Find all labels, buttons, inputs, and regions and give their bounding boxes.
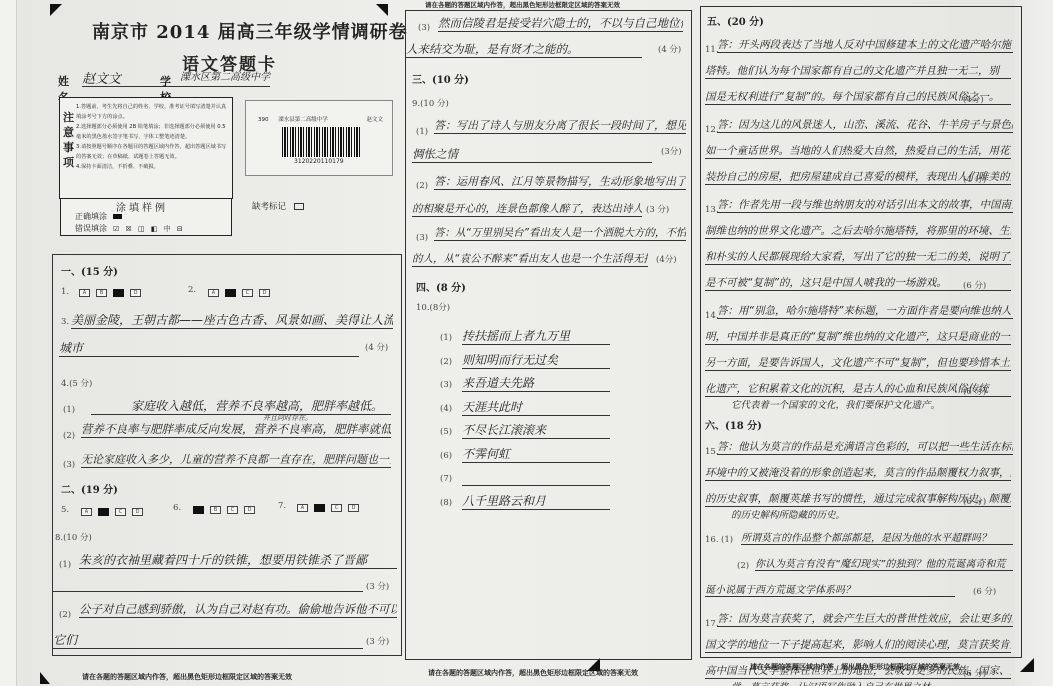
- choice-group-1: ABCD: [79, 289, 141, 297]
- footer-note: 请在各题的答题区域内作答，超出黑色矩形边框限定区域的答案无效: [82, 672, 292, 682]
- answer-line[interactable]: 不尽长江滚滚来: [462, 421, 610, 439]
- sub-question-number: (1): [721, 535, 733, 545]
- wrong-fill-row: 错误填涂☑ ☒ ◫ ◧ 中 ⊟: [75, 223, 185, 234]
- choice-group-2: ABCD: [208, 289, 270, 297]
- question-number: 3.: [61, 317, 69, 327]
- answer-line[interactable]: 惆怅之情: [412, 146, 652, 163]
- choice-bubble-d[interactable]: D: [348, 504, 359, 512]
- barcode-info: 390 溧水县第二高级中学 赵文文: [258, 115, 383, 123]
- answer-line[interactable]: 答：因为这儿的风景迷人，山峦、溪流、花谷、牛羊房子与景色融为一体宛: [717, 117, 1013, 133]
- answer-line[interactable]: 国文学的地位一下子提高起来，影响人们的阅读心理，莫言获奖肯定会提: [705, 637, 1011, 653]
- footer-note-top: 请在各题的答题区域内作答，超出黑色矩形边框限定区域的答案无效: [425, 0, 620, 9]
- sub-question-number: (2): [416, 181, 428, 191]
- score-label: (4分): [656, 253, 677, 265]
- choice-bubble-d[interactable]: D: [130, 289, 141, 297]
- score-label: (6 分): [963, 667, 986, 679]
- answer-line[interactable]: 答：用“别急，哈尔施塔特”来标题，一方面作者是要向维也纳人说: [717, 303, 1013, 319]
- footer-note: 请在各题的答题区域内作答，超出黑色矩形边框限定区域的答案无效: [750, 662, 960, 672]
- sub-question-number: (2): [737, 561, 749, 571]
- sub-question-number: (3): [63, 460, 75, 470]
- answer-line[interactable]: 的人，从“袁公不醉来”看出友人也是一个生活得无拘无束的人。: [412, 251, 648, 267]
- sub-question-number: (1): [416, 127, 428, 137]
- instruction-item: 1.答题前，考生先将自己的姓名、学校、准考证号填写清楚并认真填涂考号下方的涂点。: [76, 102, 228, 122]
- question-number: 8.(10 分): [55, 531, 92, 543]
- answer-line[interactable]: 所谓莫言的作品整个都部都是，是因为他的水平超群吗？: [741, 529, 1013, 545]
- answer-line[interactable]: 和朴实的人民都展现给大家看，写出了它的独一无二的美，说明了文化遗产: [705, 249, 1011, 265]
- section-heading: 三、(10 分): [412, 71, 469, 86]
- fill-sample-title: 涂填样例: [116, 199, 168, 214]
- answer-line[interactable]: 答：从“万里别吴台”看出友人是一个洒脱大方的，不怕万里路途来相聚: [434, 225, 686, 241]
- answer-line[interactable]: 营养不良率与肥胖率成反向发展，营养不良率高，肥胖率就低。: [81, 421, 391, 438]
- exam-title: 南京市 2014 届高三年级学情调研卷: [92, 18, 408, 44]
- absent-checkbox[interactable]: [294, 203, 304, 210]
- sub-question-number: (5): [440, 427, 452, 437]
- choice-bubble-a[interactable]: A: [208, 289, 219, 297]
- answer-line[interactable]: 然而信陵君是接受岩穴隐士的，不以与自己地位低下的: [438, 15, 683, 32]
- alignment-mark-icon: [1020, 658, 1034, 672]
- choice-bubble-a[interactable]: A: [81, 508, 92, 516]
- score-label: (4 分): [963, 173, 986, 185]
- answer-line[interactable]: 如一个童话世界。当地的人们热爱大自然，热爱自己的生活，用花朵来: [705, 143, 1011, 159]
- absent-label: 缺考标记: [252, 202, 286, 212]
- sub-question-number: (3): [440, 380, 452, 390]
- barcode-code: 390: [258, 117, 269, 123]
- sub-question-number: (3): [416, 233, 428, 243]
- choice-bubble-b[interactable]: B: [314, 504, 325, 512]
- score-label: (3 分): [366, 580, 389, 592]
- answer-line[interactable]: 朱亥的衣袖里藏着四十斤的铁锥，想要用铁锥杀了晋鄙: [79, 551, 397, 569]
- answer-line[interactable]: 你认为莫言有没有“魔幻现实”的独到？他的荒诞离奇和荒: [755, 555, 1013, 571]
- section-heading: 二、(19 分): [61, 481, 118, 496]
- answer-line[interactable]: 抟扶摇而上者九万里: [462, 327, 610, 345]
- sub-question-number: (4): [440, 404, 452, 414]
- sub-question-number: (1): [63, 405, 75, 415]
- section-heading: 一、(15 分): [61, 263, 118, 278]
- instructions-label: 注意事项: [63, 110, 75, 170]
- filled-bubble-icon: [113, 214, 122, 219]
- answer-line[interactable]: 的相聚是开心的，连景色都像人醉了，表达出诗人的喜悦之情: [412, 201, 642, 217]
- choice-bubble-a[interactable]: A: [297, 504, 308, 512]
- choice-bubble-b[interactable]: B: [96, 289, 107, 297]
- choice-bubble-d[interactable]: D: [244, 506, 255, 514]
- answer-line[interactable]: 城市: [59, 339, 359, 357]
- page-edge: [0, 0, 17, 686]
- correct-fill-label: 正确填涂: [75, 212, 107, 221]
- answer-line[interactable]: [462, 468, 610, 486]
- score-label: (3 分): [366, 635, 389, 647]
- sub-question-number: (8): [440, 498, 452, 508]
- score-label: (6 分): [973, 585, 996, 597]
- answer-line[interactable]: 塔特。他们认为每个国家都有自己的文化遗产并且独一无二，别: [705, 63, 1011, 79]
- answer-line[interactable]: 美丽金陵，王朝古都——座古色古香、风景如画、美得让人流连忘返的: [71, 311, 393, 329]
- choice-group-7: ABCD: [297, 504, 359, 512]
- choice-bubble-b[interactable]: B: [98, 508, 109, 516]
- school-value[interactable]: 溧水区第二高级中学: [180, 68, 270, 87]
- question-number: 10.(8分): [416, 301, 450, 313]
- answer-line[interactable]: 天涯共此时: [462, 398, 610, 416]
- sub-question-number: (2): [63, 431, 75, 441]
- barcode-number: 3120220110179: [294, 158, 344, 165]
- question-number: 9.(10 分): [412, 97, 449, 109]
- answer-line[interactable]: 无论家庭收入多少，儿童的营养不良都一直存在，肥胖问题也一直存在: [81, 451, 391, 468]
- choice-bubble-b[interactable]: B: [225, 289, 236, 297]
- sub-question-number: (1): [59, 560, 71, 570]
- instructions-box: 注意事项 1.答题前，考生先将自己的姓名、学校、准考证号填写清楚并认真填涂考号下…: [59, 97, 233, 199]
- answer-line-blank[interactable]: [53, 590, 363, 592]
- answer-line[interactable]: 另一方面，是要告诉国人，文化遗产不可“复制”，但也要珍惜本土的文: [705, 355, 1011, 371]
- instruction-item: 2.选择题部分必须使用 2B 铅笔填涂；非选择题部分必须使用 0.5 毫米的黑色…: [76, 122, 228, 142]
- choice-bubble-c[interactable]: C: [115, 508, 126, 516]
- inserted-note: 的历史解构所隐藏的历史。: [731, 507, 845, 521]
- alignment-mark-icon: [376, 4, 388, 16]
- answer-line[interactable]: 答：作者先用一段与维也纳朋友的对话引出本文的故事，中国南方将复: [717, 197, 1013, 213]
- sub-question-number: (2): [59, 610, 71, 620]
- question-number: 1.: [61, 287, 69, 297]
- inserted-note: 它代表着一个国家的文化，我们要保护文化遗产。: [731, 397, 940, 411]
- answer-line[interactable]: 诞小说属于西方荒诞文学体系吗？: [705, 581, 955, 597]
- score-label: (3分): [661, 145, 682, 157]
- choice-bubble-d[interactable]: D: [132, 508, 143, 516]
- answer-sheet: 南京市 2014 届高三年级学情调研卷 语文答题卡 姓名 赵文文 学校 溧水区第…: [0, 0, 1053, 686]
- barcode-school: 溧水县第二高级中学: [278, 117, 328, 123]
- instruction-item: 4.保持卡面清洁，不折叠、不破损。: [76, 162, 228, 172]
- sub-question-number: (2): [440, 357, 452, 367]
- score-label: (6 分): [963, 279, 986, 291]
- choice-bubble-c[interactable]: C: [242, 289, 253, 297]
- answer-line[interactable]: 答：他认为莫言的作品是充满语言色彩的，可以把一些生活在标准: [717, 439, 1013, 455]
- inserted-note: 学。莫言获奖，让汉语写作融入自己在世界之林。: [731, 679, 940, 686]
- choice-bubble-d[interactable]: D: [259, 289, 270, 297]
- answer-line[interactable]: 答：开头两段表达了当地人反对中国修建本土的文化遗产哈尔施: [717, 37, 1013, 53]
- answer-line[interactable]: 人来结交为耻，是有贤才之能的。: [406, 41, 642, 58]
- section-heading: 六、(18 分): [705, 417, 762, 432]
- answer-line[interactable]: 答：写出了诗人与朋友分离了很长一段时间了，想见朋友人的思念: [434, 117, 686, 134]
- choice-bubble-c[interactable]: C: [113, 289, 124, 297]
- absent-mark: 缺考标记: [252, 200, 304, 212]
- question-number: 4.(5 分): [61, 377, 92, 389]
- answer-line[interactable]: 明，中国并非是真正的“复制”维也纳的文化遗产，这只是商业的一场游戏而: [705, 329, 1011, 345]
- question-number: 2.: [188, 285, 196, 295]
- barcode-label: 390 溧水县第二高级中学 赵文文 3120220110179: [245, 100, 393, 176]
- question-number: 5.: [61, 505, 69, 515]
- answer-line[interactable]: 公子对自己感到骄傲，认为自己对赵有功。偷偷地告诉他不可以骄傲: [79, 601, 397, 618]
- answer-line[interactable]: 答：运用春风、江月等景物描写，生动形象地写出了诗人与客: [434, 173, 686, 190]
- score-label: (4 分): [658, 43, 681, 55]
- answer-line[interactable]: 则知明而行无过矣: [462, 351, 610, 369]
- answer-line[interactable]: 它们: [53, 631, 363, 649]
- choice-bubble-a[interactable]: A: [193, 506, 204, 514]
- question-number: 6.: [173, 503, 181, 513]
- answer-line[interactable]: 答：因为莫言获奖了，就会产生巨大的普世性效应，会让更多的人他们心中中: [717, 611, 1013, 627]
- choice-bubble-c[interactable]: C: [331, 504, 342, 512]
- barcode-icon: [282, 127, 360, 157]
- sub-question-number: (7): [440, 474, 452, 484]
- score-label: (6 分): [963, 495, 986, 507]
- choice-group-6: ABCD: [193, 506, 255, 514]
- answer-line[interactable]: 来吾道夫先路: [462, 374, 610, 392]
- instruction-item: 3.请按照题号顺序在各题目的答题区域内作答，超出答题区域书写的答案无效；在草稿纸…: [76, 142, 228, 162]
- choice-group-5: ABCD: [81, 508, 143, 516]
- score-label: (3 分): [646, 203, 669, 215]
- choice-bubble-a[interactable]: A: [79, 289, 90, 297]
- section-heading: 五、(20 分): [707, 13, 764, 28]
- answer-region-1: 一、(15 分) 1. ABCD 2. ABCD 3. 美丽金陵，王朝古都——座…: [52, 254, 402, 656]
- alignment-mark-icon: [40, 672, 50, 684]
- question-number: 7.: [278, 501, 286, 511]
- correct-fill-row: 正确填涂: [75, 211, 122, 222]
- footer-note: 请在各题的答题区域内作答，超出黑色矩形边框限定区域的答案无效: [428, 668, 638, 678]
- question-number: 16.: [705, 535, 719, 545]
- barcode-student: 赵文文: [366, 115, 383, 123]
- instructions-list: 1.答题前，考生先将自己的姓名、学校、准考证号填写清楚并认真填涂考号下方的涂点。…: [76, 102, 228, 172]
- section-heading: 四、(8 分): [416, 279, 466, 294]
- score-label: (4 分): [365, 341, 388, 353]
- answer-line[interactable]: 八千里路云和月: [462, 492, 610, 510]
- choice-bubble-b[interactable]: B: [210, 506, 221, 514]
- wrong-fill-label: 错误填涂: [75, 224, 107, 233]
- fill-sample-box: 涂填样例 正确填涂 错误填涂☑ ☒ ◫ ◧ 中 ⊟: [60, 198, 232, 236]
- answer-line[interactable]: 家庭收入越低，营养不良率越高，肥胖率越低。: [91, 397, 391, 415]
- score-label: (4分): [963, 93, 984, 105]
- answer-line[interactable]: 不霁何虹: [462, 445, 610, 463]
- wrong-marks-icon: ☑ ☒ ◫ ◧ 中 ⊟: [113, 224, 185, 234]
- sub-question-number: (3): [418, 23, 430, 33]
- sub-question-number: (1): [440, 333, 452, 343]
- answer-line[interactable]: 制维也纳的世界文化遗产。之后去哈尔施塔特，将那里的环境、生活和: [705, 223, 1011, 239]
- answer-region-3: 五、(20 分) 11.答：开头两段表达了当地人反对中国修建本土的文化遗产哈尔施…: [700, 6, 1022, 658]
- alignment-mark-icon: [50, 4, 62, 16]
- score-label: (6 分): [963, 385, 986, 397]
- answer-region-2: (3) 然而信陵君是接受岩穴隐士的，不以与自己地位低下的 人来结交为耻，是有贤才…: [405, 10, 692, 660]
- choice-bubble-c[interactable]: C: [227, 506, 238, 514]
- answer-line[interactable]: 环境中的又被淹没着的形象创造起来，莫言的作品颠覆权力叙事，颠覆官方: [705, 465, 1011, 481]
- sub-question-number: (6): [440, 451, 452, 461]
